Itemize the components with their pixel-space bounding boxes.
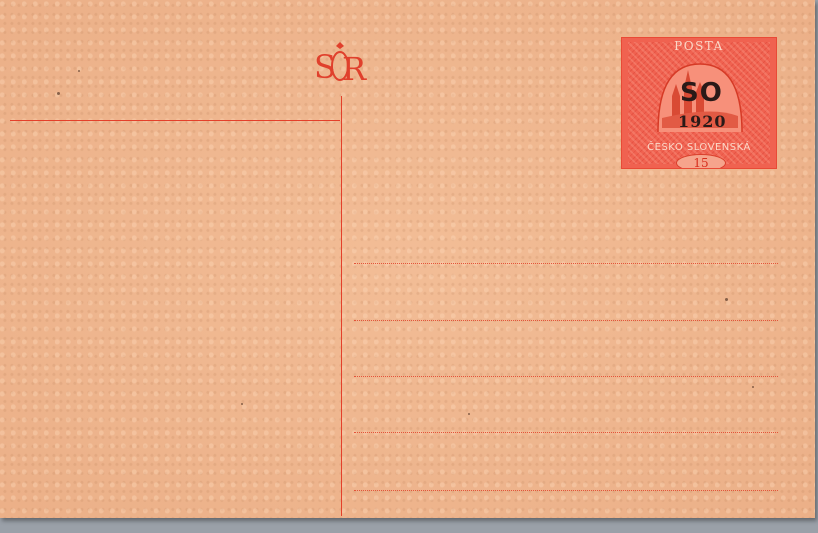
paper-speck — [468, 413, 470, 415]
message-divider-line — [10, 120, 340, 121]
postcard: S R POSTA SO 1920 ČESKO SLOVENSKÁ 15 — [0, 0, 815, 518]
imprinted-stamp: POSTA SO 1920 ČESKO SLOVENSKÁ 15 — [621, 37, 777, 169]
address-line-4[interactable] — [354, 432, 778, 433]
address-line-5[interactable] — [354, 490, 778, 491]
address-line-3[interactable] — [354, 376, 778, 377]
address-divider-line — [341, 96, 342, 516]
paper-speck — [78, 70, 80, 72]
paper-speck — [241, 403, 243, 405]
paper-speck — [57, 92, 60, 95]
overprint-so: SO — [680, 78, 723, 108]
paper-speck — [725, 298, 728, 301]
stamp-country-label: ČESKO SLOVENSKÁ — [622, 142, 776, 153]
address-line-1[interactable] — [354, 263, 778, 264]
overprint-year: 1920 — [678, 112, 727, 131]
stamp-header: POSTA — [622, 39, 776, 53]
address-line-2[interactable] — [354, 320, 778, 321]
csr-monogram-icon: S R — [312, 40, 374, 86]
stamp-value: 15 — [676, 154, 726, 169]
paper-speck — [752, 386, 754, 388]
